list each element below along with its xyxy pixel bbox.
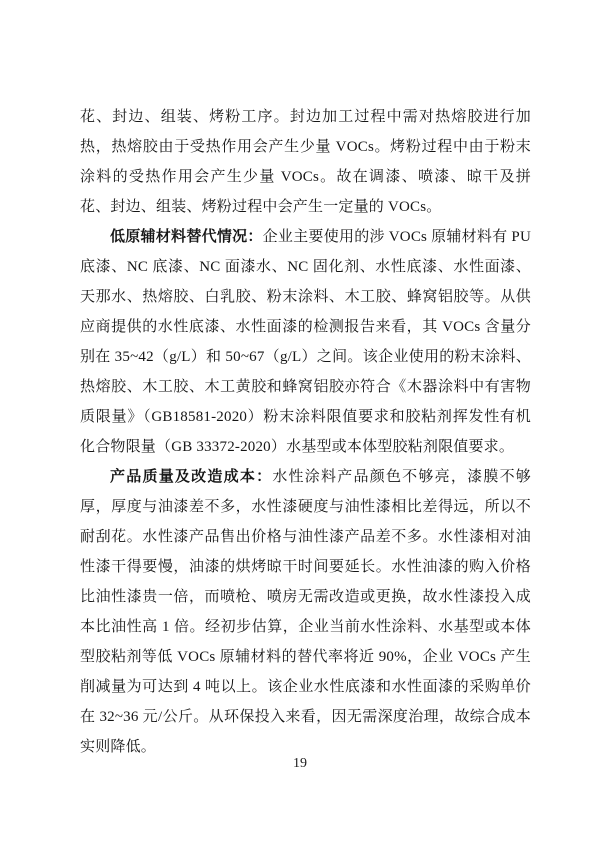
paragraph-material-substitution: 低原辅材料替代情况：企业主要使用的涉 VOCs 原辅材料有 PU 底漆、NC 底…: [80, 222, 531, 462]
paragraph-continuation: 花、封边、组装、烤粉工序。封边加工过程中需对热熔胶进行加热，热熔胶由于受热作用会…: [80, 102, 531, 222]
paragraph-text: 企业主要使用的涉 VOCs 原辅材料有 PU 底漆、NC 底漆、NC 面漆水、N…: [80, 229, 531, 455]
paragraph-run-in-heading: 低原辅材料替代情况：: [110, 229, 263, 245]
paragraph-text: 水性涂料产品颜色不够亮，漆膜不够厚，厚度与油漆差不多，水性漆硬度与油性漆相比差得…: [80, 469, 531, 755]
paragraph-run-in-heading: 产品质量及改造成本：: [110, 469, 272, 485]
page-number: 19: [0, 756, 600, 772]
body-text: 花、封边、组装、烤粉工序。封边加工过程中需对热熔胶进行加热，热熔胶由于受热作用会…: [80, 102, 531, 762]
paragraph-text: 花、封边、组装、烤粉工序。封边加工过程中需对热熔胶进行加热，热熔胶由于受热作用会…: [80, 109, 531, 215]
paragraph-quality-and-cost: 产品质量及改造成本：水性涂料产品颜色不够亮，漆膜不够厚，厚度与油漆差不多，水性漆…: [80, 462, 531, 762]
document-page: 花、封边、组装、烤粉工序。封边加工过程中需对热熔胶进行加热，热熔胶由于受热作用会…: [0, 0, 600, 848]
